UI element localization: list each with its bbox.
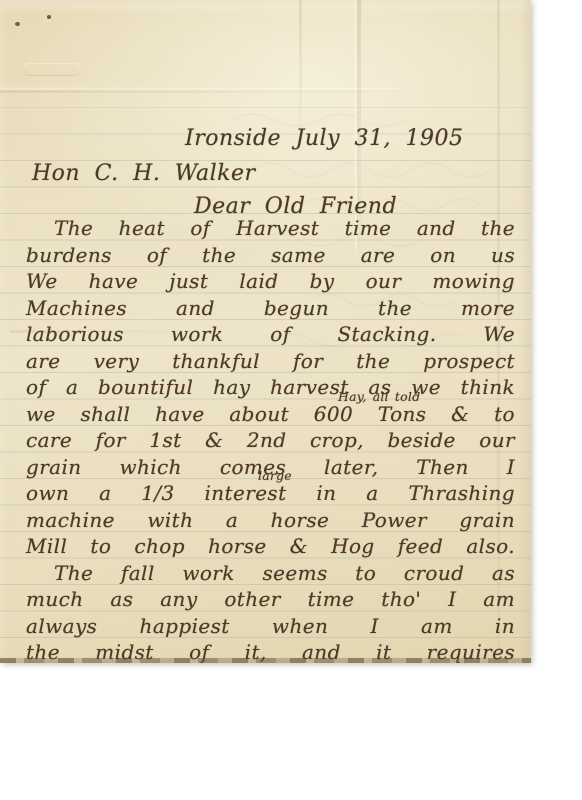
letter-line: The heat of Harvest time and the (26, 216, 515, 240)
letter-line: own a 1/3 interest in a Thrashing (26, 481, 515, 505)
letter-line: Machines and begun the more (26, 296, 515, 320)
letter-page: Ironside July 31, 1905 Hon C. H. Walker … (0, 0, 531, 663)
letter-line: always happiest when I am in (26, 614, 515, 638)
letter-line: We have just laid by our mowing (26, 269, 515, 293)
letter-dateline: Ironside July 31, 1905 (185, 126, 463, 151)
letter-line: of a bountiful hay harvest as we think (26, 375, 515, 399)
scan-background: { "colors": { "background": "#ffffff", "… (0, 0, 582, 800)
torn-paper-edge (0, 658, 531, 663)
letter-line: laborious work of Stacking. We (26, 322, 515, 346)
letter-line: Mill to chop horse & Hog feed also. (26, 534, 515, 558)
letter-recipient: Hon C. H. Walker (32, 161, 256, 186)
inserted-note-large: large (258, 468, 292, 483)
letter-line: The fall work seems to croud as (26, 561, 515, 585)
letter-line: machine with a horse Power grain (26, 508, 515, 532)
letter-line: burdens of the same are on us (26, 243, 515, 267)
inserted-note-hay-total: Hay, all told (338, 389, 420, 404)
letter-line: care for 1st & 2nd crop, beside our (26, 428, 515, 452)
letter-line: we shall have about 600 Tons & to (26, 402, 515, 426)
letter-line: are very thankful for the prospect (26, 349, 515, 373)
letter-line: much as any other time tho' I am (26, 587, 515, 611)
letter-body: Ironside July 31, 1905 Hon C. H. Walker … (0, 0, 531, 663)
